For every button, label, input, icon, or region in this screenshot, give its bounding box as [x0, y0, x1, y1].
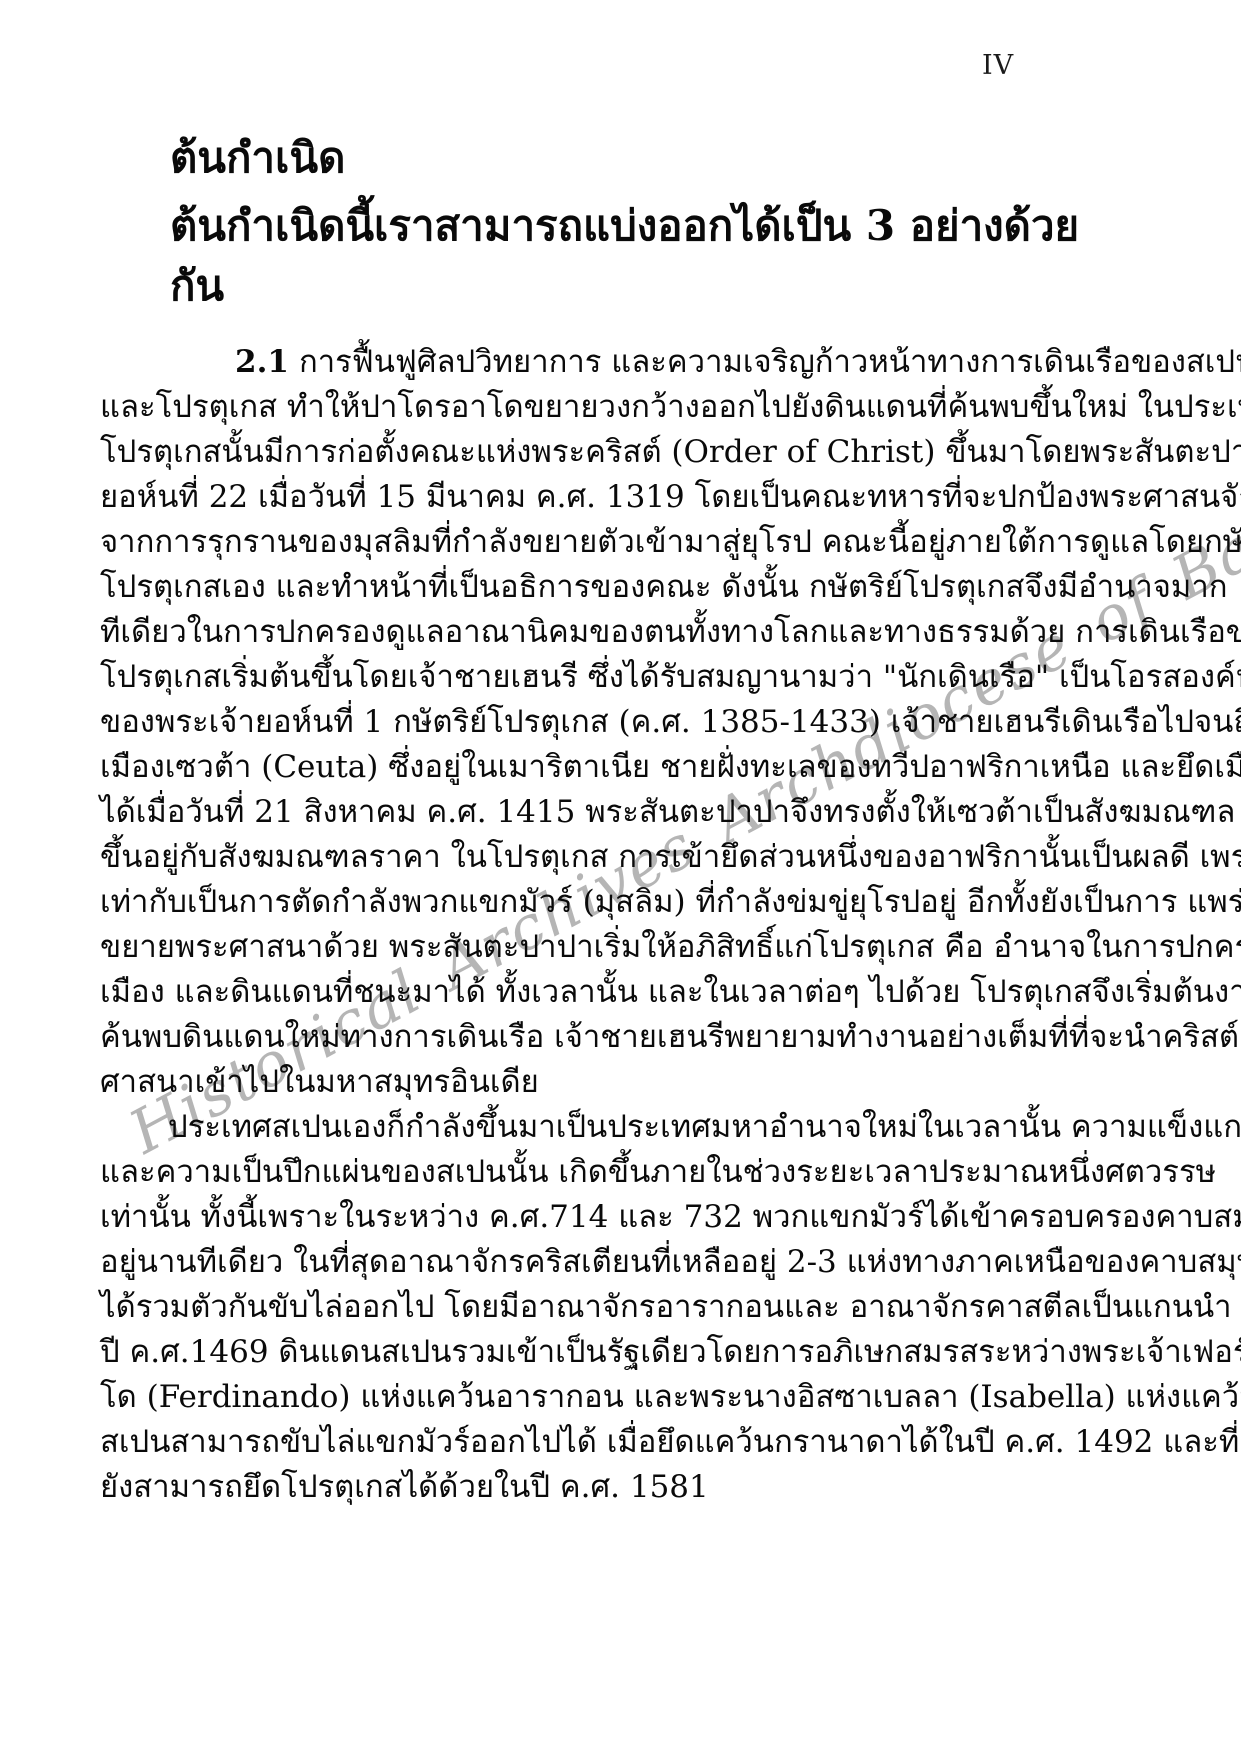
text-line: ยังสามารถยึดโปรตุเกสได้ด้วยในปี ค.ศ. 158… [100, 1465, 1132, 1510]
text-line: ขยายพระศาสนาด้วย พระสันตะปาปาเริ่มให้อภิ… [100, 925, 1132, 970]
section-number: 2.1 [235, 344, 289, 380]
page-content: ต้นกำเนิด ต้นกำเนิดนี้เราสามารถแบ่งออกได… [100, 128, 1132, 1510]
text-line: ค้นพบดินแดนใหม่ทางการเดินเรือ เจ้าชายเฮน… [100, 1015, 1132, 1060]
paragraph-2-first-line: ประเทศสเปนเองก็กำลังขึ้นมาเป็นประเทศมหาอ… [100, 1105, 1132, 1150]
paragraph-1-first-line: การฟื้นฟูศิลปวิทยาการ และความเจริญก้าวหน… [299, 344, 1241, 380]
paragraph-2: ประเทศสเปนเองก็กำลังขึ้นมาเป็นประเทศมหาอ… [100, 1105, 1132, 1510]
text-line: และความเป็นปึกแผ่นของสเปนนั้น เกิดขึ้นภา… [100, 1150, 1132, 1195]
text-line: จากการรุกรานของมุสลิมที่กำลังขยายตัวเข้า… [100, 520, 1132, 565]
text-line: ศาสนาเข้าไปในมหาสมุทรอินเดีย [100, 1060, 1132, 1105]
text-line: 2.1การฟื้นฟูศิลปวิทยาการ และความเจริญก้า… [100, 340, 1132, 385]
text-line: โด (Ferdinando) แห่งแคว้นอารากอน และพระน… [100, 1375, 1132, 1420]
text-line: ปี ค.ศ.1469 ดินแดนสเปนรวมเข้าเป็นรัฐเดีย… [100, 1330, 1132, 1375]
text-line: เมืองเซวต้า (Ceuta) ซึ่งอยู่ในเมาริตาเนี… [100, 745, 1132, 790]
text-line: อยู่นานทีเดียว ในที่สุดอาณาจักรคริสเตียน… [100, 1240, 1132, 1285]
text-line: และโปรตุเกส ทำให้ปาโดรอาโดขยายวงกว้างออก… [100, 385, 1132, 430]
text-line: ทีเดียวในการปกครองดูแลอาณานิคมของตนทั้งท… [100, 610, 1132, 655]
section-subtitle: ต้นกำเนิดนี้เราสามารถแบ่งออกได้เป็น 3 อย… [170, 196, 1132, 316]
page-number: IV [982, 50, 1014, 81]
text-line: โปรตุเกสเริ่มต้นขึ้นโดยเจ้าชายเฮนรี ซึ่ง… [100, 655, 1132, 700]
paragraph-2-lines: และความเป็นปึกแผ่นของสเปนนั้น เกิดขึ้นภา… [100, 1150, 1132, 1510]
text-line: ขึ้นอยู่กับสังฆมณฑลราคา ในโปรตุเกส การเข… [100, 835, 1132, 880]
text-line: เมือง และดินแดนที่ชนะมาได้ ทั้งเวลานั้น … [100, 970, 1132, 1015]
text-line: ได้รวมตัวกันขับไล่ออกไป โดยมีอาณาจักรอาร… [100, 1285, 1132, 1330]
text-line: ของพระเจ้ายอห์นที่ 1 กษัตริย์โปรตุเกส (ค… [100, 700, 1132, 745]
page-title: ต้นกำเนิด [170, 128, 1132, 188]
text-line: โปรตุเกสนั้นมีการก่อตั้งคณะแห่งพระคริสต์… [100, 430, 1132, 475]
text-line: ยอห์นที่ 22 เมื่อวันที่ 15 มีนาคม ค.ศ. 1… [100, 475, 1132, 520]
text-line: ได้เมื่อวันที่ 21 สิงหาคม ค.ศ. 1415 พระส… [100, 790, 1132, 835]
text-line: เท่านั้น ทั้งนี้เพราะในระหว่าง ค.ศ.714 แ… [100, 1195, 1132, 1240]
paragraph-1-lines: และโปรตุเกส ทำให้ปาโดรอาโดขยายวงกว้างออก… [100, 385, 1132, 1105]
body-text: 2.1การฟื้นฟูศิลปวิทยาการ และความเจริญก้า… [100, 340, 1132, 1510]
document-page: IV Historical Archives Archdiocese of Ba… [0, 0, 1241, 1755]
text-line: สเปนสามารถขับไล่แขกมัวร์ออกไปได้ เมื่อยึ… [100, 1420, 1132, 1465]
text-line: โปรตุเกสเอง และทำหน้าที่เป็นอธิการของคณะ… [100, 565, 1132, 610]
paragraph-1: 2.1การฟื้นฟูศิลปวิทยาการ และความเจริญก้า… [100, 340, 1132, 1105]
text-line: เท่ากับเป็นการตัดกำลังพวกแขกมัวร์ (มุสลิ… [100, 880, 1132, 925]
